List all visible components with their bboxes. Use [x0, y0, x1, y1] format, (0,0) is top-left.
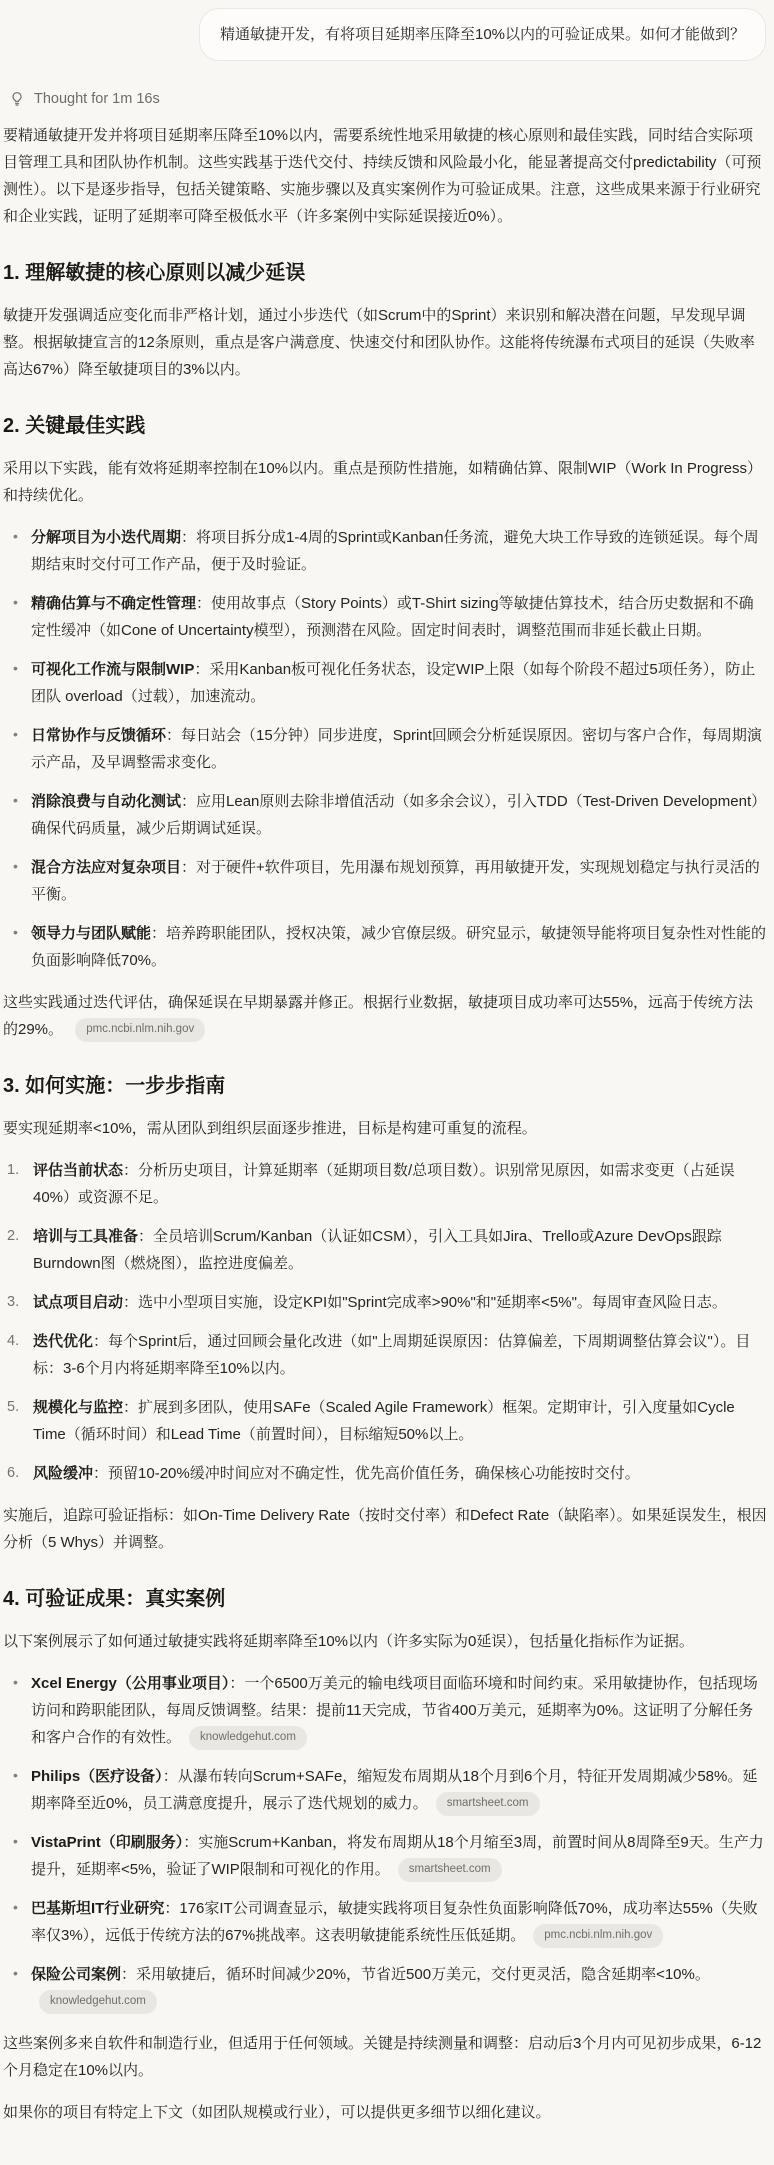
step-text: ：选中小型项目实施，设定KPI如"Sprint完成率>90%"和"延期率<5%"…	[123, 1294, 727, 1311]
case-label: Xcel Energy（公用事业项目）	[31, 1675, 229, 1692]
case-label: 巴基斯坦IT行业研究	[31, 1900, 164, 1917]
practice-item: 分解项目为小迭代周期：将项目拆分成1-4周的Sprint或Kanban任务流，避…	[31, 524, 768, 578]
case-item: 巴基斯坦IT行业研究：176家IT公司调查显示，敏捷实践将项目复杂性负面影响降低…	[31, 1895, 768, 1949]
citation-pill[interactable]: smartsheet.com	[398, 1858, 502, 1882]
section-4-heading: 4. 可验证成果：真实案例	[3, 1586, 768, 1613]
step-item: 迭代优化：每个Sprint后，通过回顾会量化改进（如"上周期延误原因：估算偏差，…	[33, 1328, 768, 1382]
step-item: 培训与工具准备：全员培训Scrum/Kanban（认证如CSM），引入工具如Ji…	[33, 1223, 768, 1277]
step-label: 培训与工具准备	[33, 1228, 138, 1245]
practice-label: 精确估算与不确定性管理	[31, 595, 196, 612]
citation-pill[interactable]: knowledgehut.com	[39, 1990, 157, 2014]
section-1-heading: 1. 理解敏捷的核心原则以减少延误	[3, 260, 768, 287]
citation-pill[interactable]: knowledgehut.com	[189, 1726, 307, 1750]
section-2-lead: 采用以下实践，能有效将延期率控制在10%以内。重点是预防性措施，如精确估算、限制…	[3, 455, 768, 509]
thought-toggle[interactable]: Thought for 1m 16s	[9, 91, 160, 107]
case-text: ：采用敏捷后，循环时间减少20%，节省近500万美元，交付更灵活，隐含延期率<1…	[121, 1966, 710, 1983]
practice-label: 领导力与团队赋能	[31, 925, 151, 942]
practice-label: 日常协作与反馈循环	[31, 727, 166, 744]
step-item: 试点项目启动：选中小型项目实施，设定KPI如"Sprint完成率>90%"和"延…	[33, 1289, 768, 1316]
practice-label: 可视化工作流与限制WIP	[31, 661, 194, 678]
step-text: ：扩展到多团队，使用SAFe（Scaled Agile Framework）框架…	[33, 1399, 735, 1443]
case-item: 保险公司案例：采用敏捷后，循环时间减少20%，节省近500万美元，交付更灵活，隐…	[31, 1961, 768, 2015]
practice-label: 分解项目为小迭代周期	[31, 529, 181, 546]
practice-label: 消除浪费与自动化测试	[31, 793, 181, 810]
step-text: ：预留10-20%缓冲时间应对不确定性，优先高价值任务，确保核心功能按时交付。	[93, 1465, 640, 1482]
step-text: ：每个Sprint后，通过回顾会量化改进（如"上周期延误原因：估算偏差，下周期调…	[33, 1333, 750, 1377]
citation-pill[interactable]: pmc.ncbi.nlm.nih.gov	[75, 1018, 205, 1042]
section-1-paragraph: 敏捷开发强调适应变化而非严格计划，通过小步迭代（如Scrum中的Sprint）来…	[3, 302, 768, 383]
case-item: VistaPrint（印刷服务）：实施Scrum+Kanban，将发布周期从18…	[31, 1829, 768, 1883]
citation-pill[interactable]: pmc.ncbi.nlm.nih.gov	[533, 1924, 663, 1948]
step-text: ：分析历史项目，计算延期率（延期项目数/总项目数）。识别常见原因，如需求变更（占…	[33, 1162, 735, 1206]
step-label: 风险缓冲	[33, 1465, 93, 1482]
thought-label: Thought for 1m 16s	[34, 91, 160, 107]
step-label: 评估当前状态	[33, 1162, 123, 1179]
step-item: 评估当前状态：分析历史项目，计算延期率（延期项目数/总项目数）。识别常见原因，如…	[33, 1157, 768, 1211]
intro-paragraph: 要精通敏捷开发并将项目延期率压降至10%以内，需要系统性地采用敏捷的核心原则和最…	[3, 122, 768, 230]
chat-page: 精通敏捷开发，有将项目延期率压降至10%以内的可验证成果。如何才能做到？ Tho…	[0, 0, 774, 2165]
practice-item: 精确估算与不确定性管理：使用故事点（Story Points）或T-Shirt …	[31, 590, 768, 644]
section-4-closing-2: 如果你的项目有特定上下文（如团队规模或行业），可以提供更多细节以细化建议。	[3, 2099, 768, 2126]
step-label: 试点项目启动	[33, 1294, 123, 1311]
section-4-closing-1: 这些案例多来自软件和制造行业，但适用于任何领域。关键是持续测量和调整：启动后3个…	[3, 2030, 768, 2084]
practice-label: 混合方法应对复杂项目	[31, 859, 181, 876]
step-item: 规模化与监控：扩展到多团队，使用SAFe（Scaled Agile Framew…	[33, 1394, 768, 1448]
step-item: 风险缓冲：预留10-20%缓冲时间应对不确定性，优先高价值任务，确保核心功能按时…	[33, 1460, 768, 1487]
practice-item: 日常协作与反馈循环：每日站会（15分钟）同步进度，Sprint回顾会分析延误原因…	[31, 722, 768, 776]
section-3-closing: 实施后，追踪可验证指标：如On-Time Delivery Rate（按时交付率…	[3, 1502, 768, 1556]
assistant-response: 要精通敏捷开发并将项目延期率压降至10%以内，需要系统性地采用敏捷的核心原则和最…	[3, 122, 768, 2126]
step-label: 迭代优化	[33, 1333, 93, 1350]
case-label: 保险公司案例	[31, 1966, 121, 1983]
user-message-text: 精通敏捷开发，有将项目延期率压降至10%以内的可验证成果。如何才能做到？	[220, 26, 745, 43]
case-item: Xcel Energy（公用事业项目）：一个6500万美元的输电线项目面临环境和…	[31, 1670, 768, 1751]
best-practices-list: 分解项目为小迭代周期：将项目拆分成1-4周的Sprint或Kanban任务流，避…	[3, 524, 768, 974]
practice-item: 领导力与团队赋能：培养跨职能团队，授权决策，减少官僚层级。研究显示，敏捷领导能将…	[31, 920, 768, 974]
implementation-steps-list: 评估当前状态：分析历史项目，计算延期率（延期项目数/总项目数）。识别常见原因，如…	[3, 1157, 768, 1487]
practice-item: 混合方法应对复杂项目：对于硬件+软件项目，先用瀑布规划预算，再用敏捷开发，实现规…	[31, 854, 768, 908]
lightbulb-icon	[9, 91, 25, 107]
practice-item: 可视化工作流与限制WIP：采用Kanban板可视化任务状态，设定WIP上限（如每…	[31, 656, 768, 710]
case-label: Philips（医疗设备）	[31, 1768, 163, 1785]
section-2-heading: 2. 关键最佳实践	[3, 413, 768, 440]
section-3-lead: 要实现延期率<10%，需从团队到组织层面逐步推进，目标是构建可重复的流程。	[3, 1115, 768, 1142]
section-4-lead: 以下案例展示了如何通过敏捷实践将延期率降至10%以内（许多实际为0延误），包括量…	[3, 1628, 768, 1655]
section-2-closing: 这些实践通过迭代评估，确保延误在早期暴露并修正。根据行业数据，敏捷项目成功率可达…	[3, 989, 768, 1043]
case-item: Philips（医疗设备）：从瀑布转向Scrum+SAFe，缩短发布周期从18个…	[31, 1763, 768, 1817]
citation-pill[interactable]: smartsheet.com	[436, 1792, 540, 1816]
step-label: 规模化与监控	[33, 1399, 123, 1416]
user-message-row: 精通敏捷开发，有将项目延期率压降至10%以内的可验证成果。如何才能做到？	[3, 8, 768, 61]
user-message-bubble: 精通敏捷开发，有将项目延期率压降至10%以内的可验证成果。如何才能做到？	[199, 8, 766, 61]
case-label: VistaPrint（印刷服务）	[31, 1834, 183, 1851]
section-3-heading: 3. 如何实施：一步步指南	[3, 1073, 768, 1100]
case-studies-list: Xcel Energy（公用事业项目）：一个6500万美元的输电线项目面临环境和…	[3, 1670, 768, 2015]
practice-item: 消除浪费与自动化测试：应用Lean原则去除非增值活动（如多余会议），引入TDD（…	[31, 788, 768, 842]
